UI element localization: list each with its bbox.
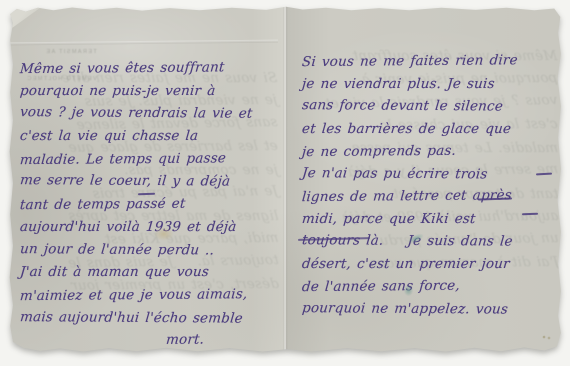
handwriting-line: maladie. Le temps qui passe — [19, 147, 287, 172]
handwriting-line: de l'année sans force, — [301, 274, 561, 299]
handwriting-line: m'aimiez et que je vous aimais, — [19, 283, 287, 308]
handwriting-line: vous ? je vous rendrais la vie et — [19, 101, 287, 126]
handwriting-line: lignes de ma lettre cet après — [301, 184, 561, 209]
page-left-handwriting: Même si vous êtes souffrant pourquoi ne … — [20, 57, 286, 352]
corner-fold — [8, 5, 44, 31]
letterhead-line1: TERAMSIT AE — [26, 48, 97, 57]
letter-sheet-wrapper: TERAMSIT AE VEMETO HOLTMEC Si vous ne me… — [8, 5, 562, 354]
handwriting-line: pourquoi ne m'appelez. vous — [301, 297, 561, 321]
handwriting-line: un jour de l'année perdu .. — [19, 238, 287, 263]
handwriting-line: J'ai dit à maman que vous — [19, 261, 287, 284]
handwriting-line: Je n'ai pas pu écrire trois — [301, 162, 561, 186]
handwriting-line: mort. — [19, 328, 287, 353]
handwriting-line: Même si vous êtes souffrant — [19, 56, 287, 81]
handwriting-line: tant de temps passé et — [19, 192, 287, 217]
handwriting-line: Si vous ne me faites rien dire — [301, 49, 561, 74]
handwriting-line: je ne viendrai plus. Je suis — [301, 73, 561, 96]
handwriting-line: me serre le coeur, il y a déjà — [19, 170, 287, 195]
handwriting-line: pourquoi ne puis-je venir à — [19, 80, 287, 103]
letter-paper: TERAMSIT AE VEMETO HOLTMEC Si vous ne me… — [8, 5, 562, 354]
handwriting-line: mais aujourd'hui l'écho semble — [19, 306, 287, 331]
handwriting-line: c'est la vie qui chasse la — [19, 125, 287, 148]
handwriting-line: midi, parce que Kiki est — [301, 208, 561, 231]
handwriting-line: toujours là. Je suis dans le — [301, 229, 561, 253]
photo-background: TERAMSIT AE VEMETO HOLTMEC Si vous ne me… — [0, 0, 570, 366]
handwriting-line: je ne comprends pas. — [301, 139, 561, 164]
handwriting-line: aujourd'hui voilà 1939 et déjà — [19, 216, 287, 239]
handwriting-line: sans force devant le silence — [301, 94, 561, 118]
handwriting-line: et les barrières de glace que — [301, 118, 561, 141]
handwriting-line: désert, c'est un premier jour — [301, 253, 561, 276]
paper-specks — [542, 335, 552, 340]
page-right-handwriting: Si vous ne me faites rien dire je ne vie… — [302, 50, 560, 320]
